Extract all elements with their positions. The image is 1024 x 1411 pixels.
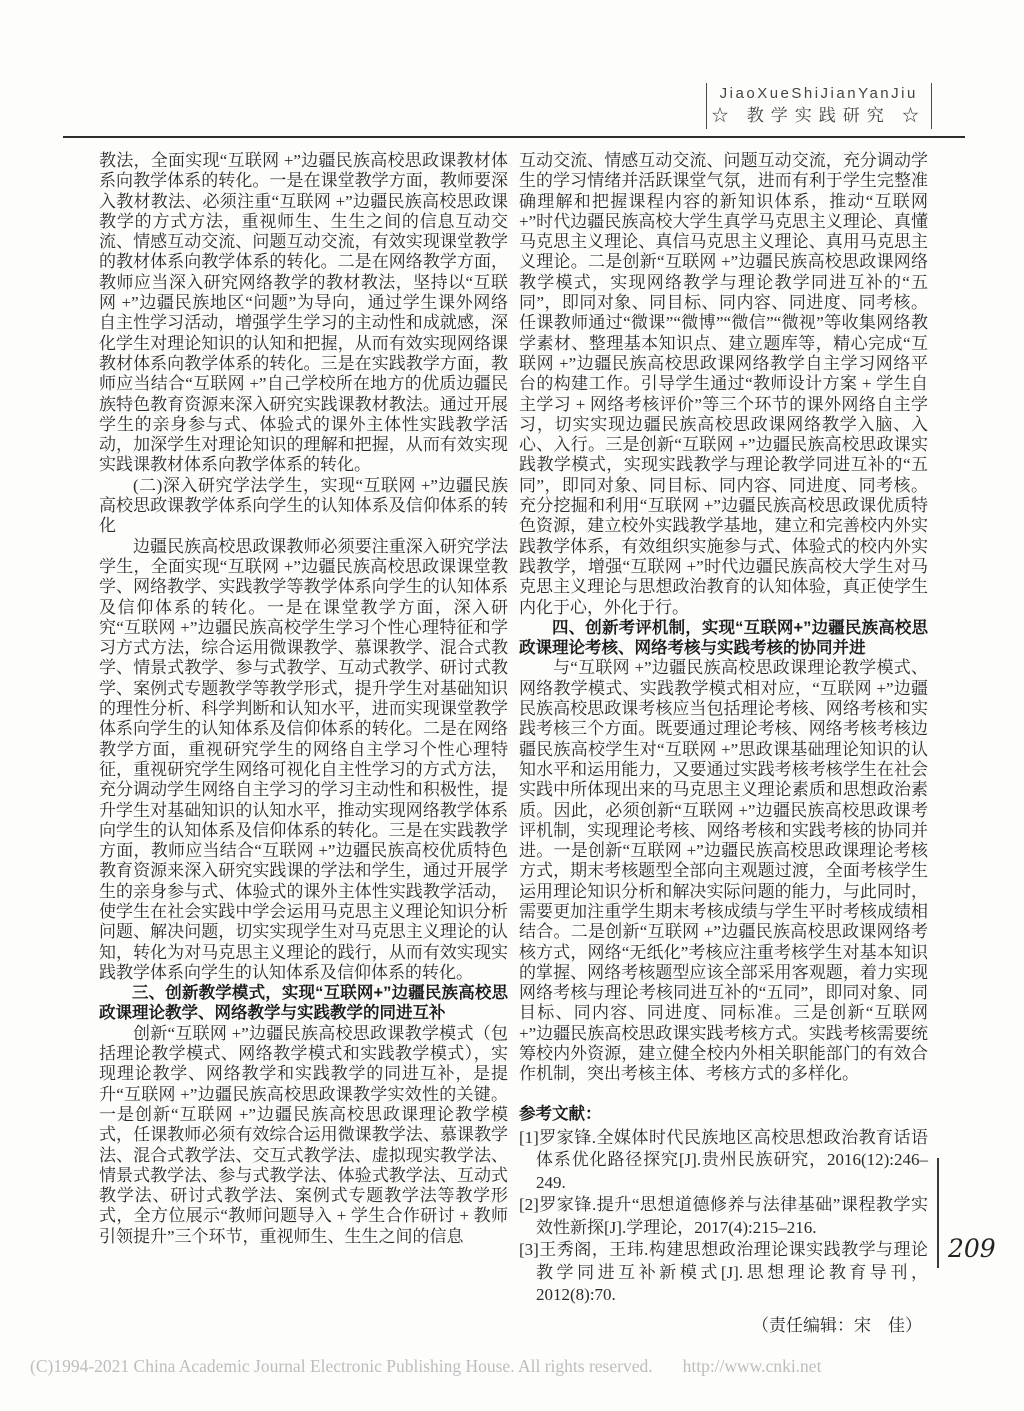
footer-copyright: (C)1994-2021 China Academic Journal Elec… (30, 1356, 653, 1377)
header-title: ☆ 教学实践研究 ☆ (712, 104, 927, 128)
column-left: 教法，全面实现“互联网 +”边疆民族高校思政课教材体系向教学体系的转化。一是在课… (99, 151, 508, 1247)
paragraph: 边疆民族高校思政课教师必须要注重深入研究学法学生，全面实现“互联网 +”边疆民族… (99, 537, 508, 984)
reference-item: [2]罗家锋.提升“思想道德修养与法律基础”课程教学实效性新探[J].学理论，2… (519, 1194, 928, 1239)
column-right: 互动交流、情感互动交流、问题互动交流，充分调动学生的学习情绪并活跃课堂气氛，进而… (519, 151, 928, 1337)
journal-header: JiaoXueShiJianYanJiu ☆ 教学实践研究 ☆ (706, 83, 933, 129)
footer-url: http://www.cnki.net (683, 1356, 822, 1377)
paragraph: 与“互联网 +”边疆民族高校思政课理论教学模式、网络教学模式、实践教学模式相对应… (519, 658, 928, 1084)
references-section: 参考文献： [1]罗家锋.全媒体时代民族地区高校思想政治教育话语体系优化路径探究… (519, 1103, 928, 1337)
editor-note: （责任编辑：宋 佳） (519, 1315, 928, 1337)
header-rule (63, 136, 965, 138)
reference-item: [3]王秀阁，王玮.构建思想政治理论课实践教学与理论教学同进互补新模式[J].思… (519, 1239, 928, 1307)
paragraph: (二)深入研究学法学生，实现“互联网 +”边疆民族高校思政课教学体系向学生的认知… (99, 476, 508, 537)
column-right-paragraphs: 互动交流、情感互动交流、问题互动交流，充分调动学生的学习情绪并活跃课堂气氛，进而… (519, 151, 928, 1085)
paragraph: 互动交流、情感互动交流、问题互动交流，充分调动学生的学习情绪并活跃课堂气氛，进而… (519, 151, 928, 618)
references-title: 参考文献： (519, 1103, 928, 1125)
footer: (C)1994-2021 China Academic Journal Elec… (30, 1356, 994, 1377)
paragraph: 三、创新教学模式，实现“互联网+”边疆民族高校思政课理论教学、网络教学与实践教学… (99, 983, 508, 1024)
header-pinyin: JiaoXueShiJianYanJiu (712, 84, 927, 104)
paragraph: 教法，全面实现“互联网 +”边疆民族高校思政课教材体系向教学体系的转化。一是在课… (99, 151, 508, 476)
references-list: [1]罗家锋.全媒体时代民族地区高校思想政治教育话语体系优化路径探究[J].贵州… (519, 1127, 928, 1307)
page-number: 209 (948, 1234, 996, 1263)
reference-item: [1]罗家锋.全媒体时代民族地区高校思想政治教育话语体系优化路径探究[J].贵州… (519, 1127, 928, 1195)
paragraph: 创新“互联网 +”边疆民族高校思政课教学模式（包括理论教学模式、网络教学模式和实… (99, 1024, 508, 1247)
journal-page: JiaoXueShiJianYanJiu ☆ 教学实践研究 ☆ 教法，全面实现“… (0, 0, 1024, 1411)
paragraph: 四、创新考评机制，实现“互联网+”边疆民族高校思政课理论考核、网络考核与实践考核… (519, 618, 928, 659)
page-number-divider (937, 1158, 939, 1268)
